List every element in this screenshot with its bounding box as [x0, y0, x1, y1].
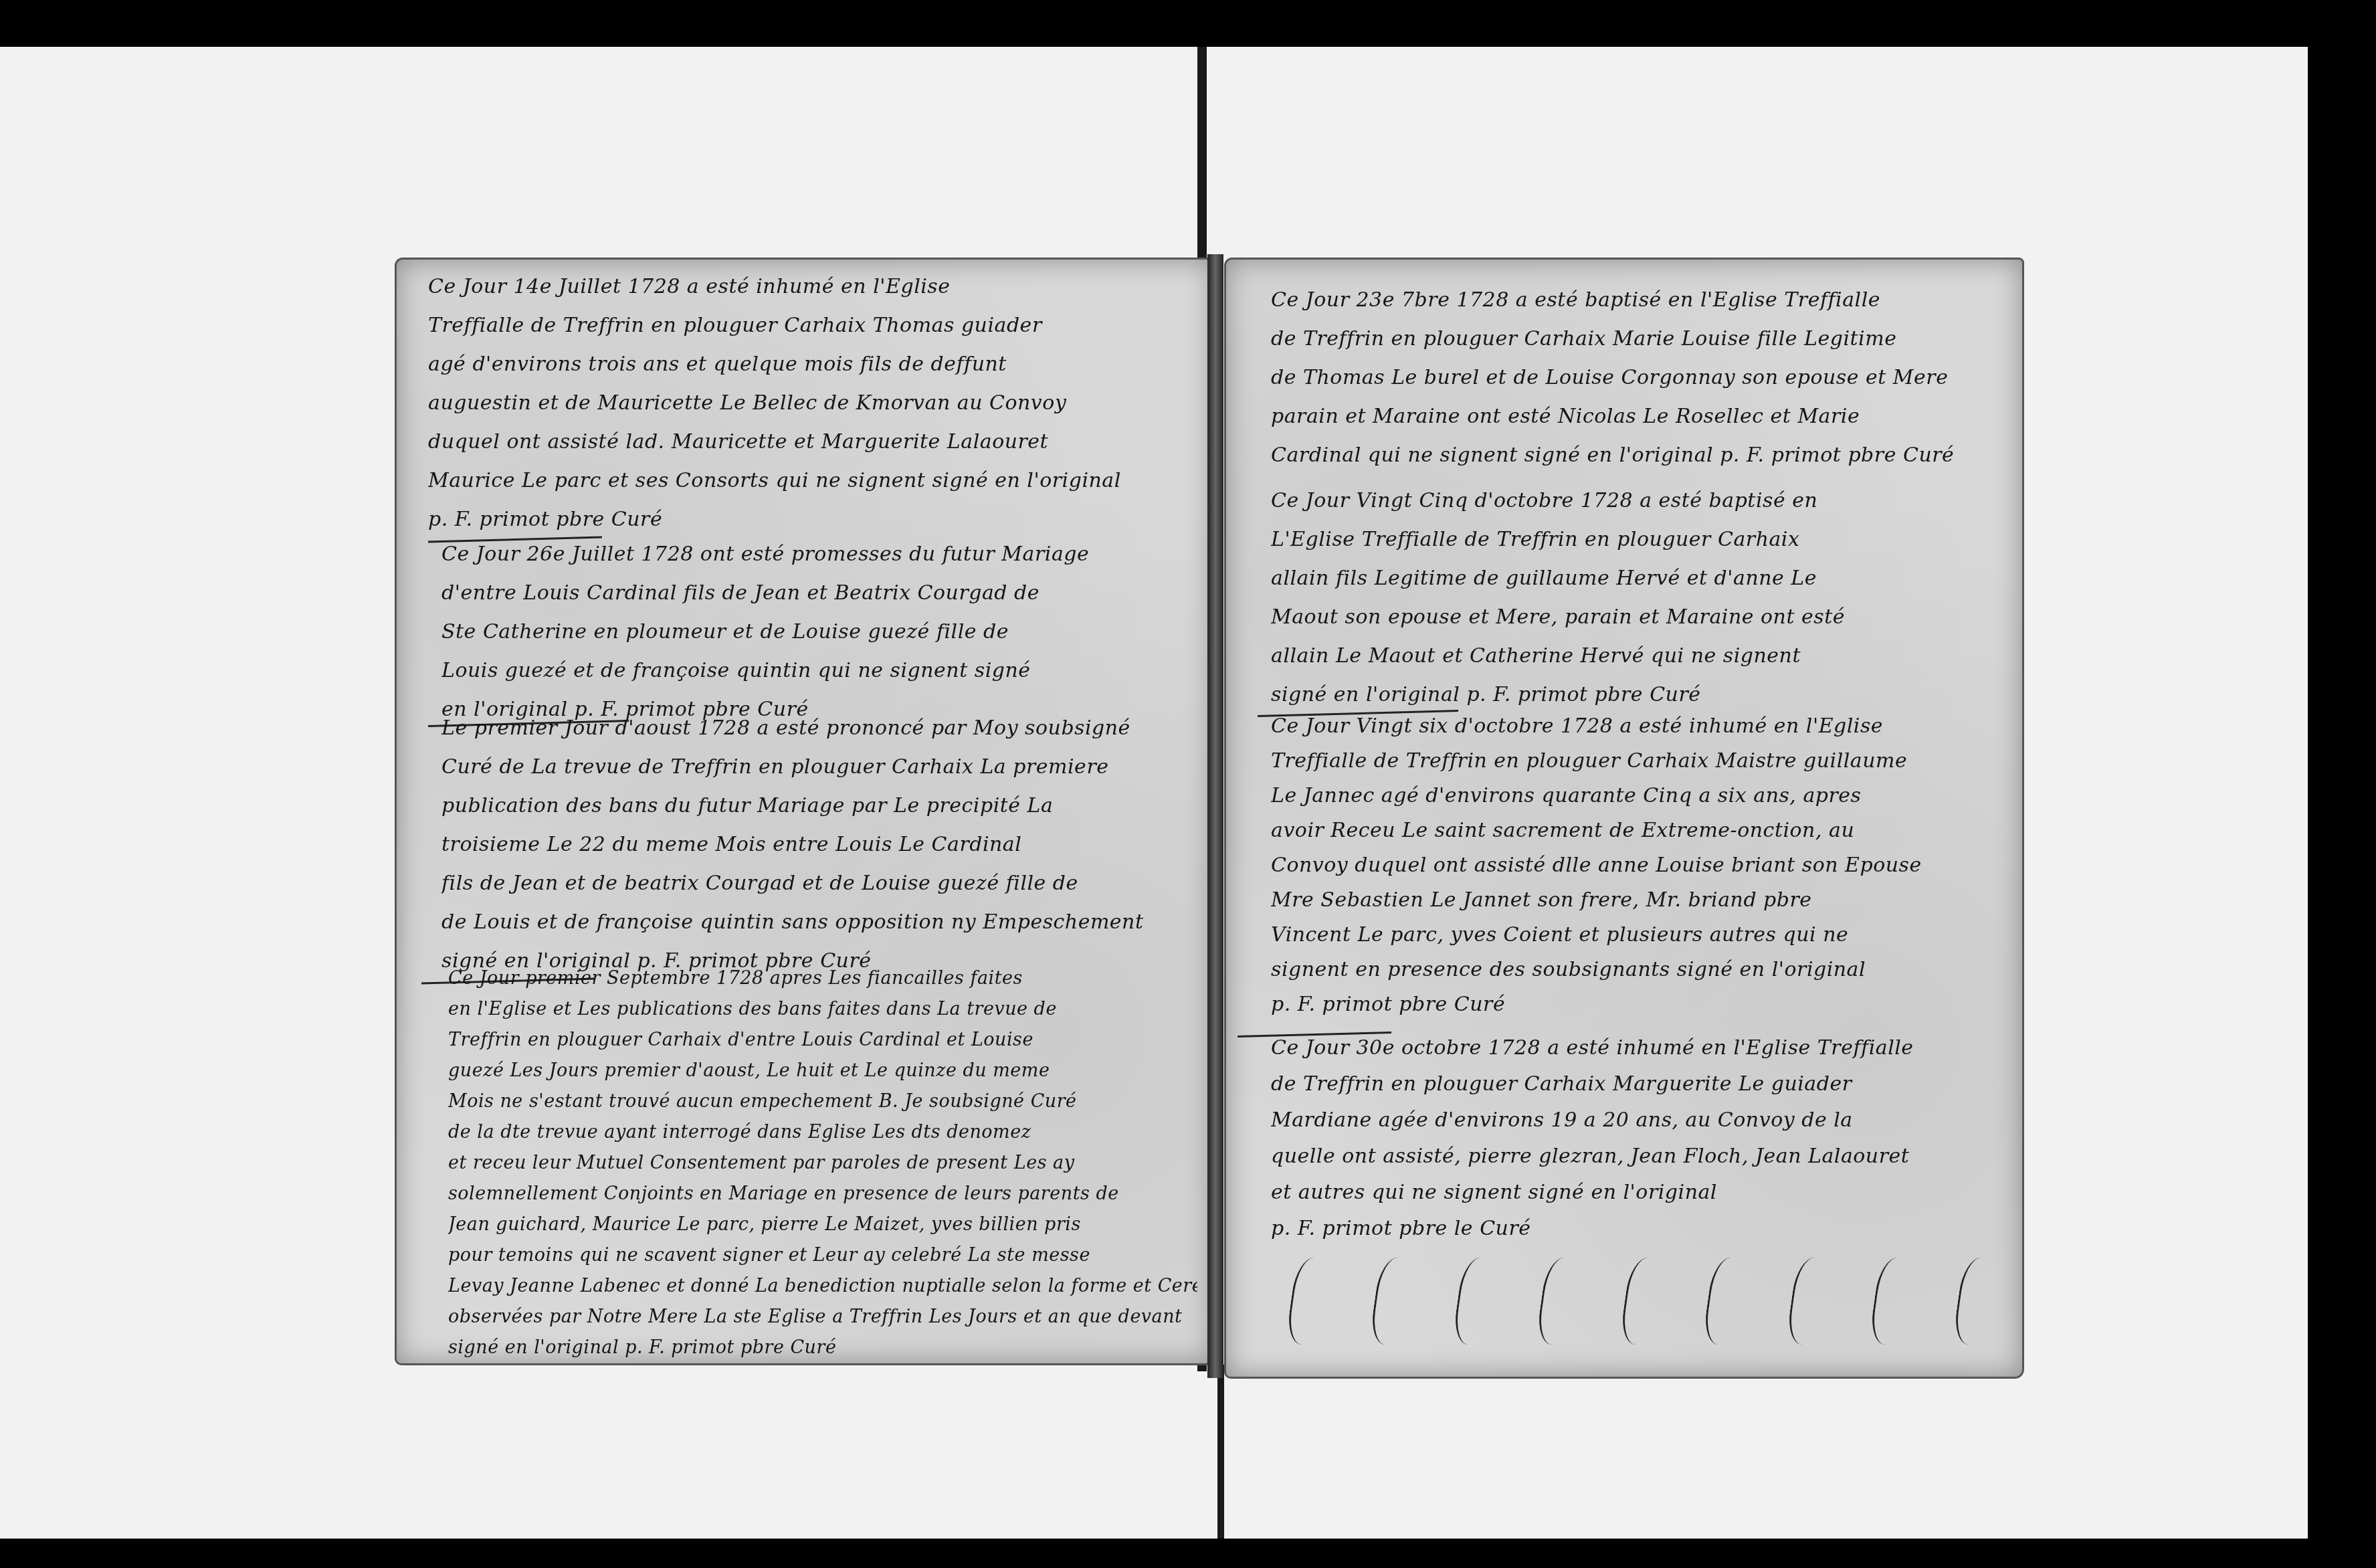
entry-line: Ce Jour 14e Juillet 1728 a esté inhumé e… [428, 268, 1197, 306]
scan-border-right [2308, 0, 2376, 1568]
entry-marriage-cardinal-gueze: Ce Jour premier Septembre 1728 apres Les… [448, 963, 1197, 1363]
entry-line: solemnellement Conjoints en Mariage en p… [448, 1179, 1197, 1209]
strikeout-mark [1452, 1258, 1506, 1345]
strikeout-mark [1285, 1258, 1339, 1345]
entry-line: signent en presence des soubsignants sig… [1271, 953, 2007, 987]
entry-line: p. F. primot pbre Curé [1271, 987, 2007, 1022]
entry-line: pour temoins qui ne scavent signer et Le… [448, 1240, 1197, 1271]
strikeout-mark [1785, 1258, 1840, 1345]
entry-baptism-marie-louise: Ce Jour 23e 7bre 1728 a esté baptisé en … [1271, 281, 2007, 475]
strikeout-mark [1868, 1258, 1922, 1345]
entry-line: Ste Catherine en ploumeur et de Louise g… [441, 613, 1197, 652]
strikeout-mark [1368, 1258, 1422, 1345]
entry-line: allain fils Legitime de guillaume Hervé … [1271, 559, 2007, 598]
entry-line: fils de Jean et de beatrix Courgad et de… [441, 864, 1197, 903]
entry-line: p. F. primot pbre Curé [428, 500, 1197, 539]
entry-line: de Treffrin en plouguer Carhaix Margueri… [1271, 1066, 2007, 1102]
entry-line: parain et Maraine ont esté Nicolas Le Ro… [1271, 397, 2007, 436]
entry-line: duquel ont assisté lad. Mauricette et Ma… [428, 423, 1197, 462]
entry-line: guezé Les Jours premier d'aoust, Le huit… [448, 1056, 1197, 1086]
entry-line: quelle ont assisté, pierre glezran, Jean… [1271, 1139, 2007, 1175]
entry-banns-publication: Le premier Jour d'aoust 1728 a esté pron… [441, 709, 1197, 981]
entry-line: de Louis et de françoise quintin sans op… [441, 903, 1197, 942]
entry-line: Convoy duquel ont assisté dlle anne Loui… [1271, 848, 2007, 883]
entry-line: allain Le Maout et Catherine Hervé qui n… [1271, 637, 2007, 676]
entry-line: d'entre Louis Cardinal fils de Jean et B… [441, 574, 1197, 613]
entry-marriage-promise: Ce Jour 26e Juillet 1728 ont esté promes… [441, 535, 1197, 729]
entry-line: Mre Sebastien Le Jannet son frere, Mr. b… [1271, 883, 2007, 918]
entry-line: Ce Jour 26e Juillet 1728 ont esté promes… [441, 535, 1197, 574]
entry-line: Treffialle de Treffrin en plouguer Carha… [428, 306, 1197, 345]
strikeout-mark [1952, 1258, 2006, 1345]
entry-line: Treffialle de Treffrin en plouguer Carha… [1271, 744, 2007, 779]
entry-line: Louis guezé et de françoise quintin qui … [441, 652, 1197, 690]
entry-line: en l'Eglise et Les publications des bans… [448, 994, 1197, 1025]
entry-line: troisieme Le 22 du meme Mois entre Louis… [441, 825, 1197, 864]
entry-line: Curé de La trevue de Treffrin en plougue… [441, 748, 1197, 787]
entry-line: Treffrin en plouguer Carhaix d'entre Lou… [448, 1025, 1197, 1056]
entry-line: publication des bans du futur Mariage pa… [441, 787, 1197, 825]
entry-line: Ce Jour Vingt Cinq d'octobre 1728 a esté… [1271, 482, 2007, 520]
book-spine [1207, 254, 1223, 1378]
entry-burial-marguerite-le-guiader: Ce Jour 30e octobre 1728 a esté inhumé e… [1271, 1030, 2007, 1247]
entry-line: agé d'environs trois ans et quelque mois… [428, 345, 1197, 384]
entry-line: Cardinal qui ne signent signé en l'origi… [1271, 436, 2007, 475]
entry-line: et autres qui ne signent signé en l'orig… [1271, 1175, 2007, 1211]
blank-space-strikeout-marks [1291, 1258, 2000, 1358]
entry-line: de Treffrin en plouguer Carhaix Marie Lo… [1271, 320, 2007, 359]
entry-line: Mois ne s'estant trouvé aucun empechemen… [448, 1086, 1197, 1117]
scan-border-bottom [0, 1539, 2376, 1568]
entry-line: Ce Jour 30e octobre 1728 a esté inhumé e… [1271, 1030, 2007, 1066]
entry-line: Mardiane agée d'environs 19 a 20 ans, au… [1271, 1102, 2007, 1139]
scan-border-top [0, 0, 2376, 47]
strikeout-mark [1618, 1258, 1672, 1345]
entry-baptism-allain: Ce Jour Vingt Cinq d'octobre 1728 a esté… [1271, 482, 2007, 714]
strikeout-mark [1535, 1258, 1589, 1345]
entry-line: Ce Jour Vingt six d'octobre 1728 a esté … [1271, 709, 2007, 744]
strikeout-mark [1702, 1258, 1756, 1345]
entry-line: Vincent Le parc, yves Coient et plusieur… [1271, 918, 2007, 953]
entry-line: auguestin et de Mauricette Le Bellec de … [428, 384, 1197, 423]
entry-line: et receu leur Mutuel Consentement par pa… [448, 1148, 1197, 1179]
entry-line: de la dte trevue ayant interrogé dans Eg… [448, 1117, 1197, 1148]
entry-line: Ce Jour 23e 7bre 1728 a esté baptisé en … [1271, 281, 2007, 320]
entry-line: avoir Receu Le saint sacrement de Extrem… [1271, 813, 2007, 848]
entry-line: Jean guichard, Maurice Le parc, pierre L… [448, 1209, 1197, 1240]
entry-line: Ce Jour premier Septembre 1728 apres Les… [448, 963, 1197, 994]
entry-line: Le Jannec agé d'environs quarante Cinq a… [1271, 779, 2007, 813]
scanner-gutter-line-lower [1217, 1365, 1224, 1539]
entry-line: Maurice Le parc et ses Consorts qui ne s… [428, 462, 1197, 500]
entry-line: de Thomas Le burel et de Louise Corgonna… [1271, 359, 2007, 397]
entry-line: signé en l'original p. F. primot pbre Cu… [448, 1333, 1197, 1363]
entry-line: p. F. primot pbre le Curé [1271, 1211, 2007, 1247]
entry-line: Maout son epouse et Mere, parain et Mara… [1271, 598, 2007, 637]
entry-burial-guillaume-le-jannec: Ce Jour Vingt six d'octobre 1728 a esté … [1271, 709, 2007, 1022]
entry-line: Levay Jeanne Labenec et donné La benedic… [448, 1271, 1197, 1302]
entry-line: Le premier Jour d'aoust 1728 a esté pron… [441, 709, 1197, 748]
entry-line: observées par Notre Mere La ste Eglise a… [448, 1302, 1197, 1333]
entry-line: L'Eglise Treffialle de Treffrin en ploug… [1271, 520, 2007, 559]
entry-burial-thomas-guiader: Ce Jour 14e Juillet 1728 a esté inhumé e… [428, 268, 1197, 539]
